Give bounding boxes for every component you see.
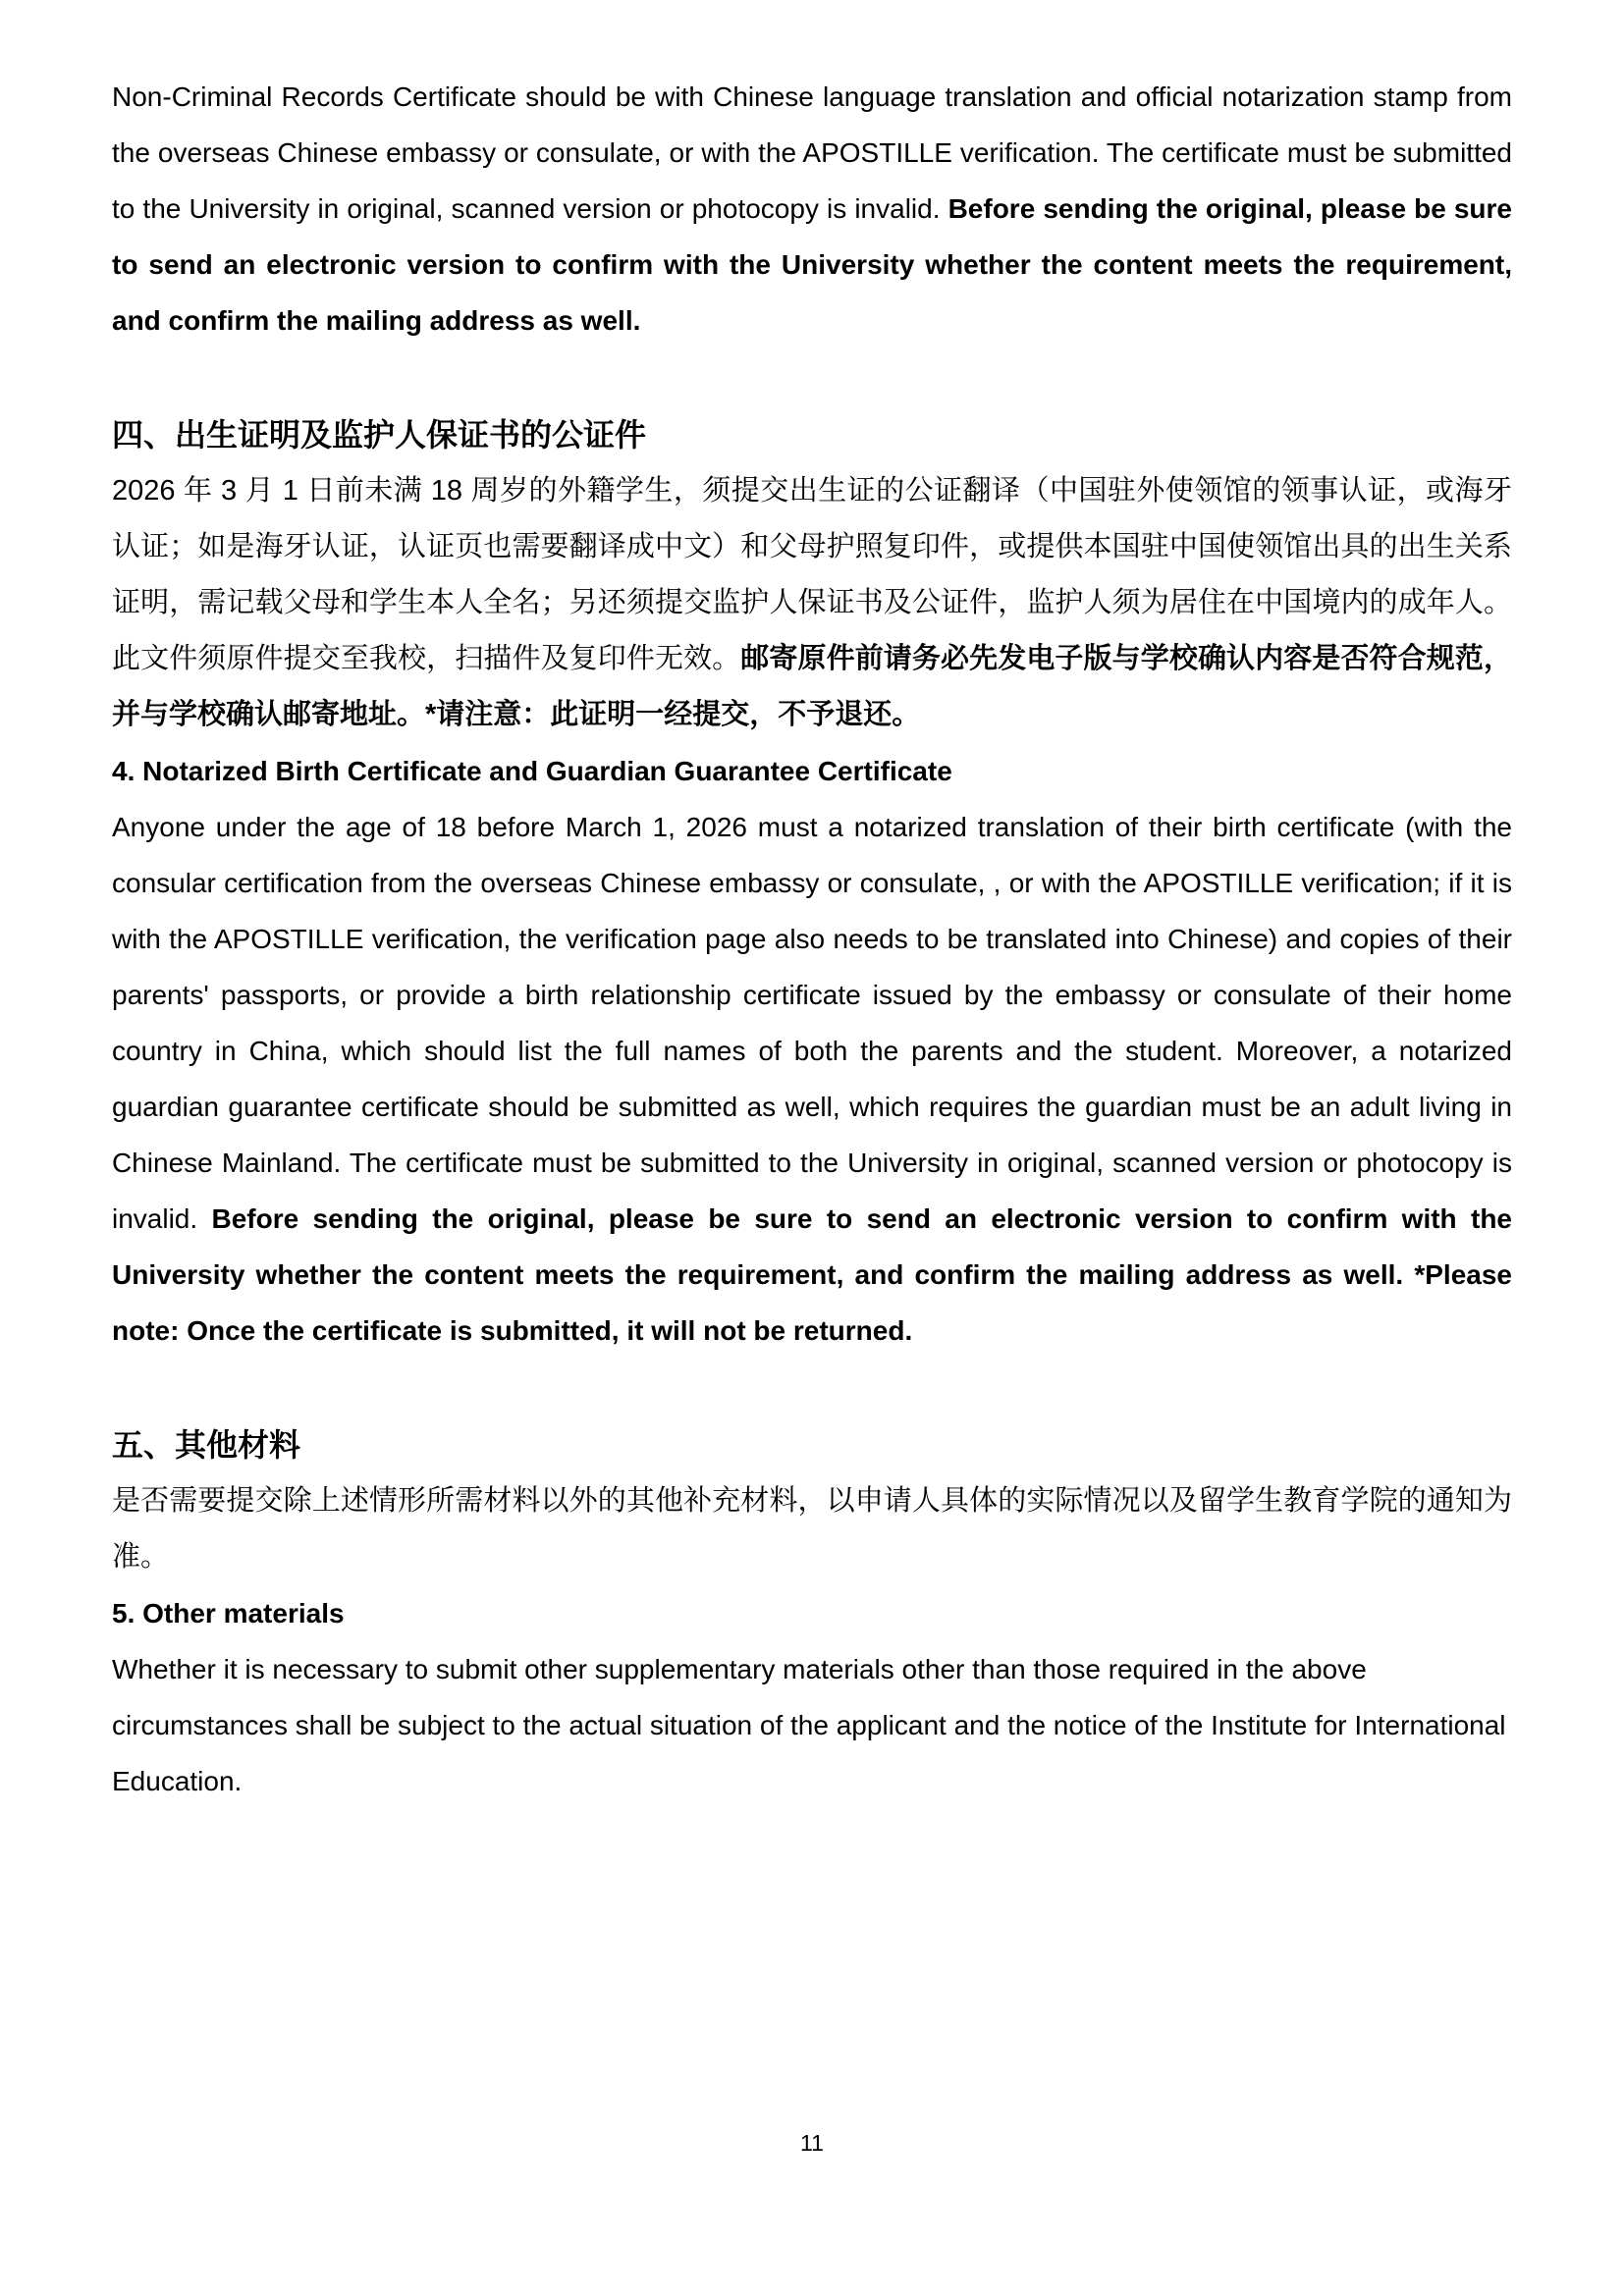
paragraph: Whether it is necessary to submit other … [112,1641,1512,1809]
bold-text-run: 五、其他材料 [112,1427,300,1463]
paragraph: 2026 年 3 月 1 日前未满 18 周岁的外籍学生，须提交出生证的公证翻译… [112,463,1512,743]
section-heading: 四、出生证明及监护人保证书的公证件 [112,407,1512,463]
section-heading: 4. Notarized Birth Certificate and Guard… [112,743,1512,799]
paragraph: Anyone under the age of 18 before March … [112,799,1512,1359]
page-number: 11 [800,2130,824,2156]
bold-text-run: 5. Other materials [112,1598,345,1629]
text-run: 是否需要提交除上述情形所需材料以外的其他补充材料，以申请人具体的实际情况以及留学… [112,1485,1512,1573]
document-page: Non-Criminal Records Certificate should … [0,0,1624,2296]
document-body: Non-Criminal Records Certificate should … [112,69,1512,1809]
bold-text-run: 四、出生证明及监护人保证书的公证件 [112,417,646,453]
text-run: Anyone under the age of 18 before March … [112,812,1512,1234]
paragraph: Non-Criminal Records Certificate should … [112,69,1512,348]
bold-text-run: Before sending the original, please be s… [112,1203,1512,1346]
section-heading: 五、其他材料 [112,1417,1512,1473]
text-run: Whether it is necessary to submit other … [112,1654,1506,1796]
paragraph: 是否需要提交除上述情形所需材料以外的其他补充材料，以申请人具体的实际情况以及留学… [112,1473,1512,1585]
section-heading: 5. Other materials [112,1585,1512,1641]
bold-text-run: 4. Notarized Birth Certificate and Guard… [112,756,952,786]
page-footer: 11 [0,2128,1624,2158]
